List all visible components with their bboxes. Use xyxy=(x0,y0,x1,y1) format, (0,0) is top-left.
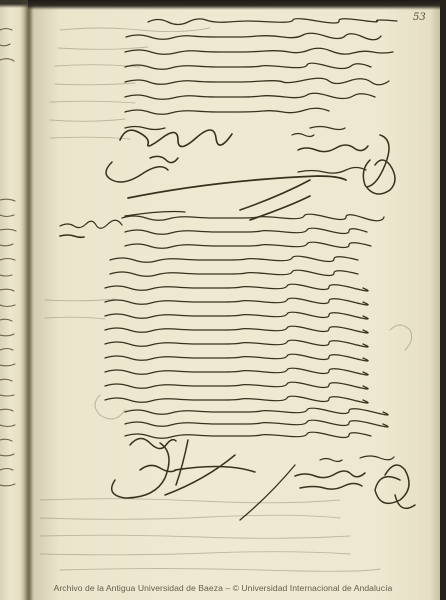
left-page-text xyxy=(0,29,16,486)
upper-text-block xyxy=(106,19,397,220)
lower-text-block xyxy=(105,212,394,460)
archive-watermark: Archivo de la Antigua Universidad de Bae… xyxy=(0,583,446,593)
margin-note xyxy=(60,220,122,237)
handwriting-ink xyxy=(0,0,446,600)
lower-signatures xyxy=(112,438,415,520)
